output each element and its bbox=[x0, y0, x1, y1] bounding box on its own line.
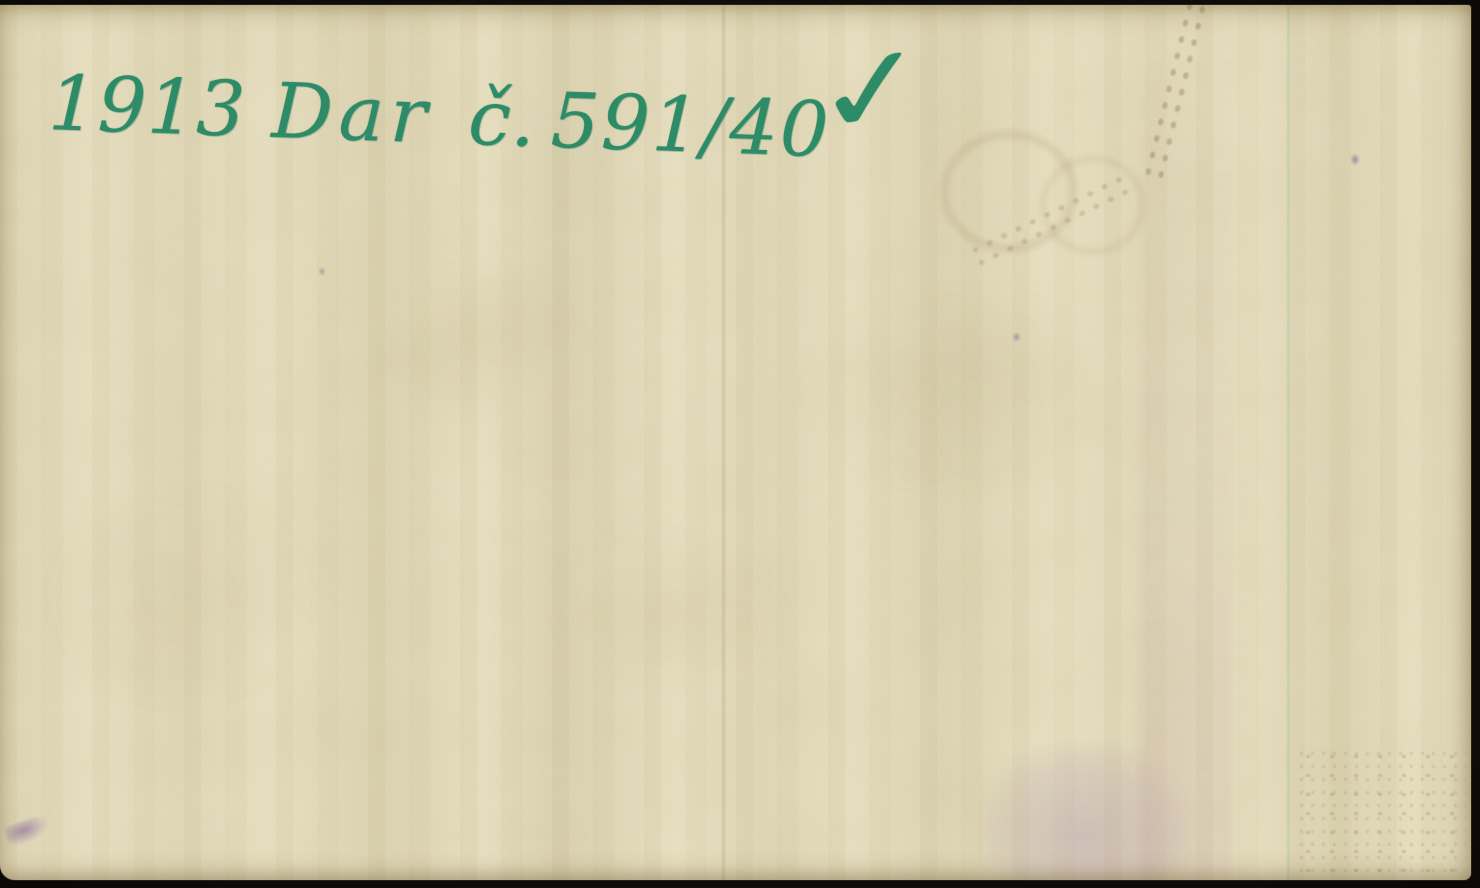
handwritten-inscription: 1913 Dar č. 591/40 bbox=[47, 65, 831, 168]
purple-stain bbox=[982, 743, 1187, 880]
scan-artifact-line bbox=[1287, 5, 1289, 880]
faint-ring-smudge bbox=[1040, 155, 1146, 255]
checkmark-icon: ✓ bbox=[806, 25, 937, 156]
purple-speck bbox=[1012, 332, 1021, 342]
speckle-cluster bbox=[1296, 747, 1466, 877]
archival-card-back: 1913 Dar č. 591/40 ✓ bbox=[0, 5, 1471, 880]
pink-discoloration-band bbox=[1138, 5, 1233, 880]
brown-smudge-patch bbox=[40, 475, 320, 715]
purple-speck bbox=[318, 267, 326, 276]
dotted-smudge-trail bbox=[1139, 5, 1210, 187]
brown-smudge-patch bbox=[800, 285, 1120, 495]
brown-smudge-patch bbox=[341, 230, 600, 450]
inscription-word-dar: Dar bbox=[271, 73, 434, 155]
inscription-number: 591/40 bbox=[550, 83, 832, 169]
purple-ink-mark bbox=[4, 813, 53, 849]
inscription-abbreviation: č. bbox=[467, 80, 536, 158]
brown-smudge-patch bbox=[524, 500, 816, 730]
scan-background-mat: 1913 Dar č. 591/40 ✓ bbox=[0, 0, 1480, 888]
dotted-smudge-trail bbox=[970, 170, 1133, 266]
faint-ring-smudge bbox=[940, 130, 1078, 253]
purple-speck bbox=[1350, 153, 1360, 166]
inscription-year: 1913 bbox=[47, 65, 247, 148]
